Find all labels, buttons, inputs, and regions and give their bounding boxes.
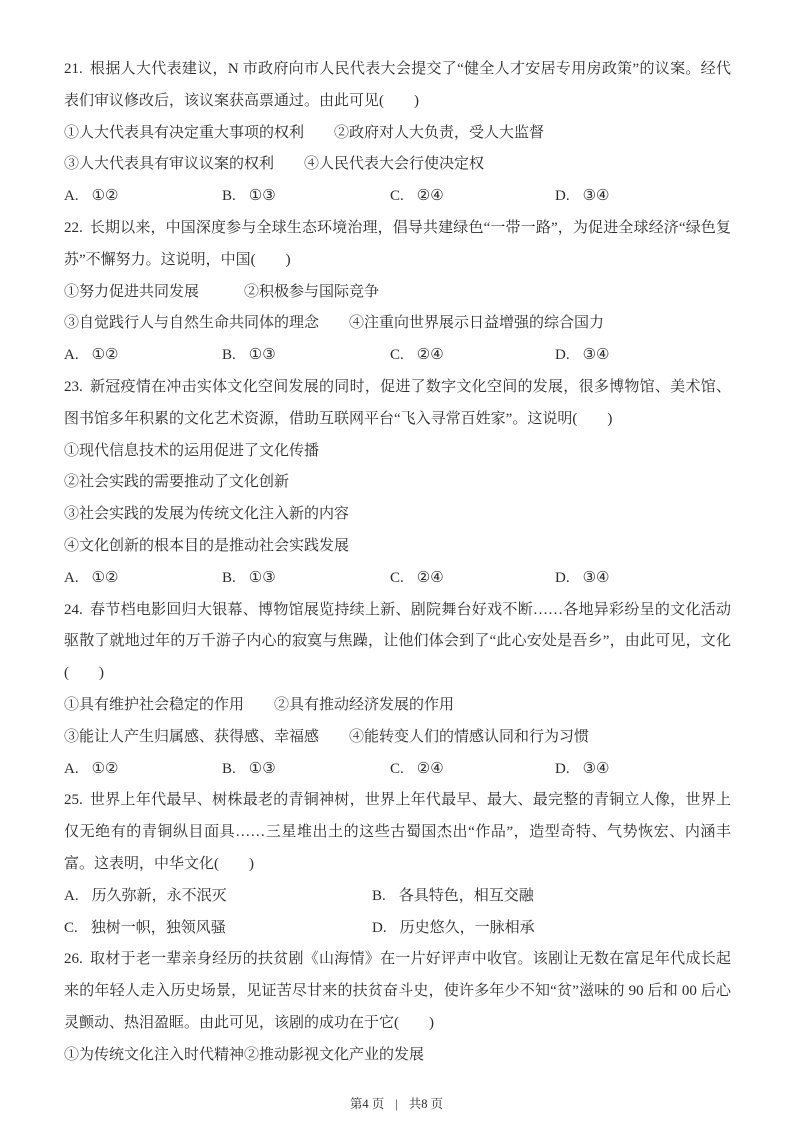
question-24-number: 24. [64, 602, 83, 618]
choice-label: B. [222, 188, 236, 204]
question-26: 26.取材于老一辈亲身经历的扶贫剧《山海情》在一片好评声中收官。该剧让无数在富足… [64, 944, 731, 1071]
choice-label: D. [555, 188, 570, 204]
question-23: 23.新冠疫情在冲击实体文化空间发展的同时，促进了数字文化空间的发展，很多博物馆… [64, 372, 731, 595]
choice-label: A. [64, 761, 79, 777]
choice-text: 独树一帜，独领风骚 [91, 920, 226, 936]
question-25-choice-a: A.历久弥新，永不泯灭 [64, 881, 372, 913]
question-21-choice-d: D.③④ [555, 181, 731, 213]
question-25-stem: 25.世界上年代最早、树株最老的青铜神树，世界上年代最早、最大、最完整的青铜立人… [64, 785, 731, 880]
question-21-choice-b: B.①③ [222, 181, 390, 213]
question-22-choices-row: A.①② B.①③ C.②④ D.③④ [64, 340, 731, 372]
choice-text: ②④ [417, 761, 444, 777]
question-21-choice-a: A.①② [64, 181, 222, 213]
choice-label: A. [64, 570, 79, 586]
footer-separator: | [395, 1097, 398, 1111]
choice-text: ③④ [583, 761, 610, 777]
choice-text: ①③ [249, 761, 276, 777]
question-23-option-line-1: ①现代信息技术的运用促进了文化传播 [64, 436, 731, 468]
choice-label: C. [390, 188, 404, 204]
choice-label: C. [390, 347, 404, 363]
choice-text: ①② [92, 570, 119, 586]
question-24-option-line-1: ①具有维护社会稳定的作用 ②具有推动经济发展的作用 [64, 690, 731, 722]
question-22-choice-c: C.②④ [390, 340, 555, 372]
question-26-stem: 26.取材于老一辈亲身经历的扶贫剧《山海情》在一片好评声中收官。该剧让无数在富足… [64, 944, 731, 1039]
question-25-choices-grid: A.历久弥新，永不泯灭 B.各具特色，相互交融 C.独树一帜，独领风骚 D.历史… [64, 881, 731, 945]
choice-text: 历久弥新，永不泯灭 [92, 888, 227, 904]
question-23-choice-a: A.①② [64, 563, 222, 595]
choice-text: ③④ [583, 347, 610, 363]
question-24-choice-c: C.②④ [390, 754, 555, 786]
question-22-stem: 22.长期以来，中国深度参与全球生态环境治理，倡导共建绿色“一带一路”，为促进全… [64, 213, 731, 277]
question-23-choice-c: C.②④ [390, 563, 555, 595]
question-22-choice-b: B.①③ [222, 340, 390, 372]
question-21-choices-row: A.①② B.①③ C.②④ D.③④ [64, 181, 731, 213]
question-22-number: 22. [64, 220, 83, 236]
question-25-choice-c: C.独树一帜，独领风骚 [64, 913, 372, 945]
question-21-option-line-2: ③人大代表具有审议议案的权利 ④人民代表大会行使决定权 [64, 149, 731, 181]
question-24-choices-row: A.①② B.①③ C.②④ D.③④ [64, 754, 731, 786]
choice-label: B. [222, 347, 236, 363]
choice-text: 各具特色，相互交融 [399, 888, 534, 904]
question-21-choice-c: C.②④ [390, 181, 555, 213]
question-23-option-line-3: ③社会实践的发展为传统文化注入新的内容 [64, 499, 731, 531]
question-24-choice-d: D.③④ [555, 754, 731, 786]
question-22-stem-text: 长期以来，中国深度参与全球生态环境治理，倡导共建绿色“一带一路”，为促进全球经济… [64, 220, 731, 268]
question-23-option-line-4: ④文化创新的根本目的是推动社会实践发展 [64, 531, 731, 563]
question-21-number: 21. [64, 61, 83, 77]
choice-text: ②④ [417, 188, 444, 204]
choice-text: ①③ [249, 188, 276, 204]
question-24-choice-a: A.①② [64, 754, 222, 786]
footer-page-number: 第4 页 [350, 1097, 384, 1111]
question-24: 24.春节档电影回归大银幕、博物馆展览持续上新、剧院舞台好戏不断……各地异彩纷呈… [64, 595, 731, 786]
choice-label: B. [222, 570, 236, 586]
question-21: 21.根据人大代表建议，N 市政府向市人民代表大会提交了“健全人才安居专用房政策… [64, 54, 731, 213]
question-23-option-line-2: ②社会实践的需要推动了文化创新 [64, 467, 731, 499]
choice-label: C. [64, 920, 78, 936]
question-22-option-line-2: ③自觉践行人与自然生命共同体的理念 ④注重向世界展示日益增强的综合国力 [64, 308, 731, 340]
choice-text: ①② [92, 761, 119, 777]
page-content: 21.根据人大代表建议，N 市政府向市人民代表大会提交了“健全人才安居专用房政策… [0, 0, 793, 1072]
choice-label: A. [64, 188, 79, 204]
question-26-stem-text: 取材于老一辈亲身经历的扶贫剧《山海情》在一片好评声中收官。该剧让无数在富足年代成… [64, 951, 731, 1031]
page-footer: 第4 页|共8 页 [0, 1094, 793, 1112]
choice-label: D. [555, 761, 570, 777]
choice-text: 历史悠久，一脉相承 [400, 920, 535, 936]
choice-text: ③④ [583, 188, 610, 204]
choice-text: ①② [92, 188, 119, 204]
question-26-number: 26. [64, 951, 83, 967]
question-23-choice-d: D.③④ [555, 563, 731, 595]
question-22-option-line-1: ①努力促进共同发展 ②积极参与国际竞争 [64, 277, 731, 309]
choice-label: B. [222, 761, 236, 777]
question-21-stem-text: 根据人大代表建议，N 市政府向市人民代表大会提交了“健全人才安居专用房政策”的议… [64, 61, 731, 109]
choice-label: D. [372, 920, 387, 936]
question-24-choice-b: B.①③ [222, 754, 390, 786]
choice-label: A. [64, 347, 79, 363]
choice-text: ③④ [583, 570, 610, 586]
choice-text: ①③ [249, 347, 276, 363]
choice-label: B. [372, 888, 386, 904]
question-24-stem-text: 春节档电影回归大银幕、博物馆展览持续上新、剧院舞台好戏不断……各地异彩纷呈的文化… [64, 602, 731, 682]
choice-label: C. [390, 570, 404, 586]
choice-text: ①② [92, 347, 119, 363]
choice-text: ①③ [249, 570, 276, 586]
choice-label: D. [555, 570, 570, 586]
choice-label: A. [64, 888, 79, 904]
question-25-stem-text: 世界上年代最早、树株最老的青铜神树，世界上年代最早、最大、最完整的青铜立人像，世… [64, 792, 731, 872]
footer-total-pages: 共8 页 [409, 1097, 443, 1111]
question-21-option-line-1: ①人大代表具有决定重大事项的权利 ②政府对人大负责，受人大监督 [64, 118, 731, 150]
question-22-choice-d: D.③④ [555, 340, 731, 372]
document-page: 21.根据人大代表建议，N 市政府向市人民代表大会提交了“健全人才安居专用房政策… [0, 0, 793, 1122]
choice-label: C. [390, 761, 404, 777]
choice-text: ②④ [417, 347, 444, 363]
question-26-option-line-1: ①为传统文化注入时代精神②推动影视文化产业的发展 [64, 1040, 731, 1072]
question-24-stem: 24.春节档电影回归大银幕、博物馆展览持续上新、剧院舞台好戏不断……各地异彩纷呈… [64, 595, 731, 690]
question-23-choices-row: A.①② B.①③ C.②④ D.③④ [64, 563, 731, 595]
question-22: 22.长期以来，中国深度参与全球生态环境治理，倡导共建绿色“一带一路”，为促进全… [64, 213, 731, 372]
question-23-stem-text: 新冠疫情在冲击实体文化空间发展的同时，促进了数字文化空间的发展，很多博物馆、美术… [64, 379, 731, 427]
question-23-choice-b: B.①③ [222, 563, 390, 595]
question-25-choice-d: D.历史悠久，一脉相承 [372, 913, 731, 945]
question-23-number: 23. [64, 379, 83, 395]
choice-text: ②④ [417, 570, 444, 586]
question-25-number: 25. [64, 792, 83, 808]
question-23-stem: 23.新冠疫情在冲击实体文化空间发展的同时，促进了数字文化空间的发展，很多博物馆… [64, 372, 731, 436]
question-24-option-line-2: ③能让人产生归属感、获得感、幸福感 ④能转变人们的情感认同和行为习惯 [64, 722, 731, 754]
question-25-choice-b: B.各具特色，相互交融 [372, 881, 731, 913]
question-21-stem: 21.根据人大代表建议，N 市政府向市人民代表大会提交了“健全人才安居专用房政策… [64, 54, 731, 118]
choice-label: D. [555, 347, 570, 363]
question-22-choice-a: A.①② [64, 340, 222, 372]
question-25: 25.世界上年代最早、树株最老的青铜神树，世界上年代最早、最大、最完整的青铜立人… [64, 785, 731, 944]
